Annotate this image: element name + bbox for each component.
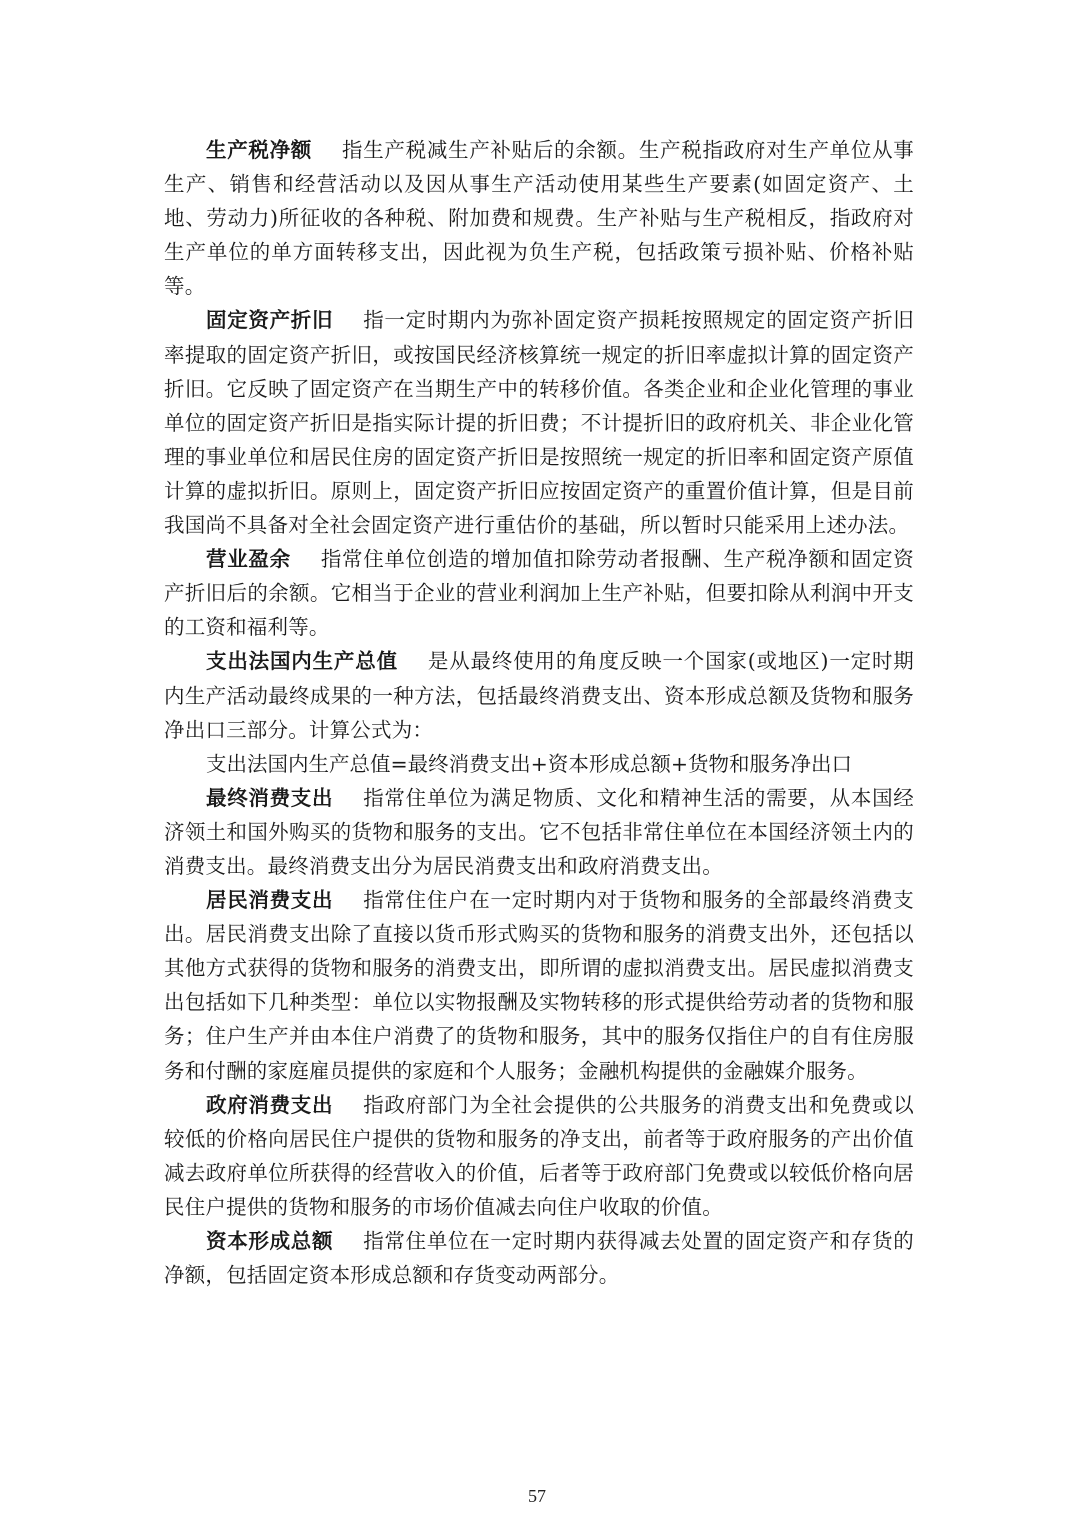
definition-text: 指常住住户在一定时期内对于货物和服务的全部最终消费支出。居民消费支出除了直接以货…	[164, 888, 914, 1082]
term-heading: 营业盈余	[206, 547, 291, 571]
term-heading: 生产税净额	[206, 138, 312, 162]
term-heading: 政府消费支出	[206, 1093, 333, 1117]
term-heading: 支出法国内生产总值	[206, 649, 398, 673]
entry-operating-surplus: 营业盈余指常住单位创造的增加值扣除劳动者报酬、生产税净额和固定资产折旧后的余额。…	[164, 542, 914, 644]
term-heading: 居民消费支出	[206, 888, 333, 912]
term-heading: 固定资产折旧	[206, 308, 333, 332]
entry-expenditure-gdp: 支出法国内生产总值是从最终使用的角度反映一个国家(或地区)一定时期内生产活动最终…	[164, 644, 914, 746]
definition-text: 指一定时期内为弥补固定资产损耗按照规定的固定资产折旧率提取的固定资产折旧，或按国…	[164, 308, 914, 537]
entry-government-consumption: 政府消费支出指政府部门为全社会提供的公共服务的消费支出和免费或以较低的价格向居民…	[164, 1088, 914, 1224]
definition-text: 指生产税减生产补贴后的余额。生产税指政府对生产单位从事生产、销售和经营活动以及因…	[164, 138, 914, 298]
gdp-formula: 支出法国内生产总值=最终消费支出+资本形成总额+货物和服务净出口	[164, 747, 914, 781]
page-number: 57	[0, 1486, 1074, 1507]
term-heading: 最终消费支出	[206, 786, 333, 810]
entry-production-tax-net: 生产税净额指生产税减生产补贴后的余额。生产税指政府对生产单位从事生产、销售和经营…	[164, 133, 914, 303]
entry-final-consumption: 最终消费支出指常住单位为满足物质、文化和精神生活的需要，从本国经济领土和国外购买…	[164, 781, 914, 883]
entry-household-consumption: 居民消费支出指常住住户在一定时期内对于货物和服务的全部最终消费支出。居民消费支出…	[164, 883, 914, 1088]
term-heading: 资本形成总额	[206, 1229, 333, 1253]
entry-depreciation: 固定资产折旧指一定时期内为弥补固定资产损耗按照规定的固定资产折旧率提取的固定资产…	[164, 303, 914, 542]
document-body: 生产税净额指生产税减生产补贴后的余额。生产税指政府对生产单位从事生产、销售和经营…	[164, 133, 914, 1292]
entry-gross-capital-formation: 资本形成总额指常住单位在一定时期内获得减去处置的固定资产和存货的净额，包括固定资…	[164, 1224, 914, 1292]
